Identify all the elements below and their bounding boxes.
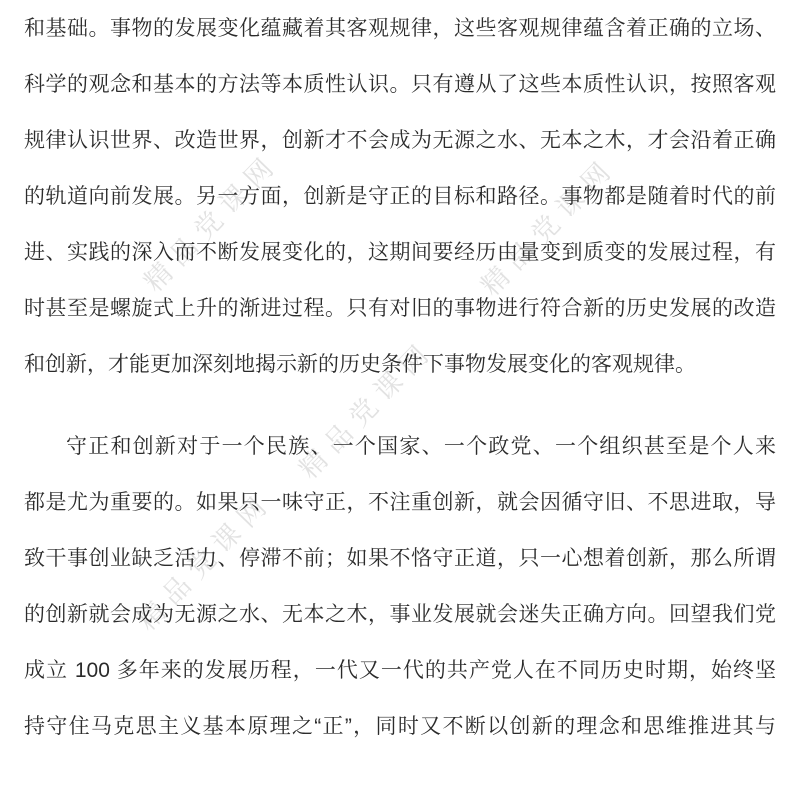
text-line: 守正和创新对于一个民族、一个国家、一个政党、一个组织甚至是个人来说， [24,419,776,475]
text-line: 的轨道向前发展。另一方面，创新是守正的目标和路径。事物都是随着时代的前 [24,169,776,225]
text-line: 和创新，才能更加深刻地揭示新的历史条件下事物发展变化的客观规律。 [24,337,776,393]
document-body: 和基础。事物的发展变化蕴藏着其客观规律，这些客观规律蕴含着正确的立场、 科学的观… [0,0,800,755]
text-line: 都是尤为重要的。如果只一味守正，不注重创新，就会因循守旧、不思进取，导 [24,475,776,531]
text-line: 规律认识世界、改造世界，创新才不会成为无源之水、无本之木，才会沿着正确 [24,113,776,169]
text-line: 进、实践的深入而不断发展变化的，这期间要经历由量变到质变的发展过程，有 [24,225,776,281]
text-line: 的创新就会成为无源之水、无本之木，事业发展就会迷失正确方向。回望我们党 [24,587,776,643]
text-line: 致干事创业缺乏活力、停滞不前；如果不恪守正道，只一心想着创新，那么所谓 [24,531,776,587]
paragraph-1: 和基础。事物的发展变化蕴藏着其客观规律，这些客观规律蕴含着正确的立场、 科学的观… [24,1,776,393]
text-line: 科学的观念和基本的方法等本质性认识。只有遵从了这些本质性认识，按照客观 [24,57,776,113]
paragraph-2: 守正和创新对于一个民族、一个国家、一个政党、一个组织甚至是个人来说， 都是尤为重… [24,419,776,755]
text-line: 成立 100 多年来的发展历程，一代又一代的共产党人在不同历史时期，始终坚 [24,643,776,699]
document-page: 精品党课网 精品党课网 精品党课网 精品党课网 和基础。事物的发展变化蕴藏着其客… [0,0,800,800]
text-line: 和基础。事物的发展变化蕴藏着其客观规律，这些客观规律蕴含着正确的立场、 [24,1,776,57]
text-line: 时甚至是螺旋式上升的渐进过程。只有对旧的事物进行符合新的历史发展的改造 [24,281,776,337]
text-line: 持守住马克思主义基本原理之“正”，同时又不断以创新的理念和思维推进其与 [24,699,776,755]
